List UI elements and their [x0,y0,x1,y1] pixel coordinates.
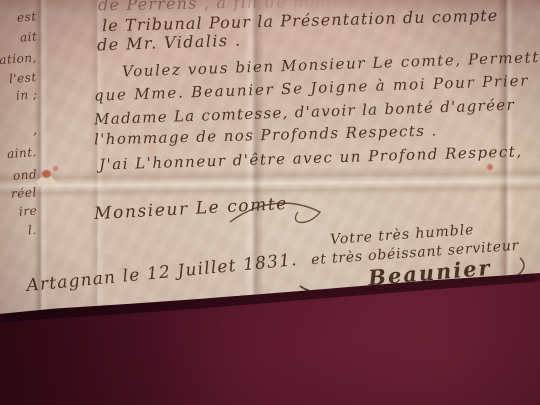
margin-fragment: l'est [9,70,38,86]
wax-seal-spot [53,166,58,171]
margin-fragment: ration, [0,50,37,67]
fold-crease-horizontal [0,165,540,199]
margin-fragment: ire [18,203,37,218]
margin-fragment: , [32,123,37,137]
adjacent-page-margin: estaitration,l'estin ;,aint.ondréelirel. [0,0,40,314]
margin-fragment: l. [28,223,38,238]
margin-fragment: réel [11,185,38,201]
margin-fragment: in ; [15,87,37,102]
margin-fragment: ond [12,167,37,183]
wax-seal-spot [487,164,493,170]
margin-fragment: est [17,9,38,24]
photo-scene: estaitration,l'estin ;,aint.ondréelirel.… [0,0,540,405]
margin-fragment: ait [19,29,37,44]
margin-fragment: aint. [7,145,38,161]
wax-seal-spot [42,170,51,178]
